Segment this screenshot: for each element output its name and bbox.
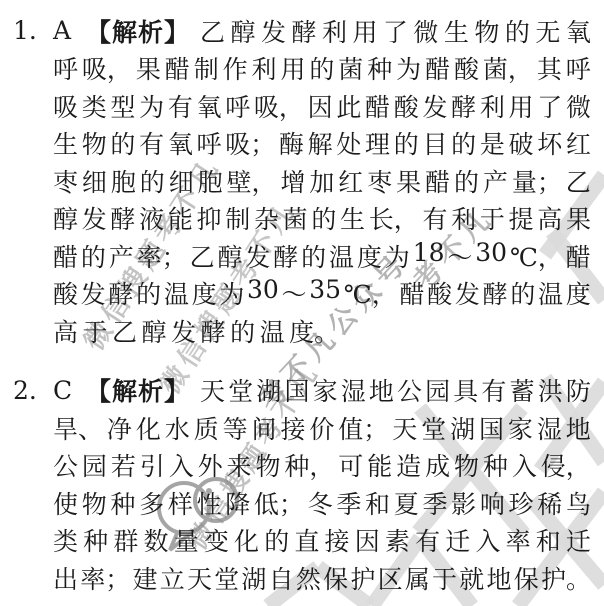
text-token: 呼 [566, 50, 591, 86]
text-token: 酵 [108, 275, 133, 311]
text-token: 化 [234, 522, 259, 558]
text-token: 吸， [82, 50, 132, 86]
text-token: 具 [453, 372, 478, 408]
text-token: 类 [82, 88, 107, 124]
text-token: 加 [309, 163, 334, 199]
text-token: 量； [512, 163, 562, 199]
text-token: 直 [294, 522, 319, 558]
text-token: 发 [455, 275, 480, 311]
text-token: 间 [252, 410, 277, 446]
text-token: 红 [566, 125, 591, 161]
answer-key-content: 1.A【解析】乙醇发酵利用了微生物的无氧呼吸，果醋制作利用的菌种为醋酸菌，其呼吸… [13, 12, 591, 597]
text-token: 的 [230, 313, 255, 349]
text-line: 2.C【解析】天堂湖国家湿地公园具有蓄洪防 [13, 372, 591, 410]
text-token: 胞 [111, 163, 136, 199]
text-token: 其 [537, 50, 562, 86]
text-token: 吸 [53, 88, 78, 124]
text-line: 呼吸，果醋制作利用的菌种为醋酸菌，其呼 [53, 50, 591, 88]
text-token: 低； [254, 485, 304, 521]
text-token: 外 [198, 447, 223, 483]
answer-item-2: 2.C【解析】天堂湖国家湿地公园具有蓄洪防旱、净化水质等间接价值；天堂湖国家湿地… [13, 372, 591, 597]
text-token: 造 [396, 447, 421, 483]
text-token: 种 [483, 447, 508, 483]
text-token: 乙 [190, 238, 215, 274]
text-token: 醇 [217, 238, 242, 274]
line-text: 使物种多样性降低；冬季和夏季影响珍稀鸟 [53, 485, 591, 521]
text-line: 醋的产率；乙醇发酵的温度为18～30℃，醋 [53, 237, 591, 275]
text-token: 为 [139, 88, 164, 124]
document-page: 微信搜题考不凡微信搜题考不凡考不凡公众号考不凡微信搜题考不凡 1.A【解析】乙醇… [0, 0, 604, 606]
text-token: 建 [132, 560, 157, 596]
text-token: 氧 [168, 125, 193, 161]
text-token: 家 [508, 410, 533, 446]
text-token: 出 [53, 560, 78, 596]
text-token: 堂 [421, 410, 446, 446]
text-token: 利 [322, 13, 347, 49]
text-token: 就 [459, 560, 484, 596]
text-token: 生 [340, 200, 365, 236]
line-text: 乙醇发酵利用了微生物的无氧 [200, 13, 591, 49]
text-line: 吸类型为有氧呼吸，因此醋酸发酵利用了微 [53, 87, 591, 125]
text-token: 季 [336, 485, 361, 521]
text-token: 理 [365, 125, 390, 161]
text-line: 1.A【解析】乙醇发酵利用了微生物的无氧 [13, 12, 591, 50]
text-token: 呼 [225, 88, 250, 124]
text-token: 入 [512, 447, 537, 483]
analysis-tag: 【解析】 [86, 13, 190, 49]
text-token: 枣 [53, 163, 78, 199]
text-token: 天 [200, 372, 225, 408]
text-token: 30 [475, 238, 507, 274]
text-token: 国 [479, 410, 504, 446]
text-token: 吸， [254, 88, 304, 124]
text-token: 发 [171, 313, 196, 349]
text-token: 坏 [537, 125, 562, 161]
text-line: 酸发酵的温度为30～35℃，醋酸发酵的温度 [53, 275, 591, 313]
text-token: 长， [369, 200, 419, 236]
text-token: 于 [480, 200, 505, 236]
text-token: 的 [311, 200, 336, 236]
text-token: 的 [136, 275, 161, 311]
text-token: 因 [308, 88, 333, 124]
text-token: 鸟 [566, 485, 591, 521]
text-token: 值； [338, 410, 388, 446]
text-token: 因 [355, 522, 380, 558]
text-token: 园 [425, 372, 450, 408]
text-token: 有 [415, 522, 440, 558]
text-token: 若 [111, 447, 136, 483]
text-token: 目 [422, 125, 447, 161]
text-token: 酵 [110, 200, 135, 236]
text-line: 高于乙醇发酵的温度。 [53, 312, 591, 350]
text-token: 来 [227, 447, 252, 483]
text-token: 接 [325, 522, 350, 558]
text-token: 醋 [165, 50, 190, 86]
text-token: 产 [109, 238, 134, 274]
text-token: 酸 [53, 275, 78, 311]
text-line: 公园若引入外来物种，可能造成物种入侵， [53, 447, 591, 485]
text-token: 微 [566, 88, 591, 124]
line-text: 呼吸，果醋制作利用的菌种为醋酸菌，其呼 [53, 50, 591, 86]
text-token: 成 [425, 447, 450, 483]
text-token: 旱、 [53, 410, 103, 446]
text-token: 能 [367, 447, 392, 483]
analysis-tag: 【解析】 [86, 372, 190, 408]
text-token: 吸； [225, 125, 275, 161]
text-token: 物 [454, 447, 479, 483]
text-token: 的 [301, 238, 326, 274]
text-line: 旱、净化水质等间接价值；天堂湖国家湿地 [53, 409, 591, 447]
text-token: 发 [422, 88, 447, 124]
text-token: 于 [83, 313, 108, 349]
text-token: 护。 [541, 560, 591, 596]
text-token: 护 [350, 560, 375, 596]
line-text: 公园若引入外来物种，可能造成物种入侵， [53, 447, 591, 483]
text-token: 生 [444, 13, 469, 49]
text-token: 降 [225, 485, 250, 521]
text-token: 醋 [425, 163, 450, 199]
item-number: 2. [13, 376, 53, 405]
text-token: 类 [53, 522, 78, 558]
text-token: 性 [197, 485, 222, 521]
text-token: 醇 [231, 13, 256, 49]
line-text: 天堂湖国家湿地公园具有蓄洪防 [200, 372, 591, 408]
text-token: 堂 [228, 372, 253, 408]
text-token: 抑 [197, 200, 222, 236]
text-token: 可 [338, 447, 363, 483]
text-token: 发 [81, 275, 106, 311]
text-token: 湿 [341, 372, 366, 408]
text-token: 种 [367, 50, 392, 86]
line-text: 高于乙醇发酵的温度。 [53, 313, 591, 349]
text-token: 酸 [427, 275, 452, 311]
answer-letter: A [53, 16, 86, 45]
text-token: 堂 [214, 560, 239, 596]
line-text: 类种群数量变化的直接因素有迁入率和迁 [53, 522, 591, 558]
text-token: 醋 [566, 238, 591, 274]
text-token: 蓄 [510, 372, 535, 408]
text-token: 为 [396, 50, 421, 86]
text-token: 地 [369, 372, 394, 408]
text-token: 醋 [365, 88, 390, 124]
text-token: 呼 [197, 125, 222, 161]
text-token: 醋 [399, 275, 424, 311]
text-token: 立 [160, 560, 185, 596]
text-token: 乙 [200, 13, 225, 49]
text-token: 18 [413, 238, 445, 274]
text-token: 酵 [451, 88, 476, 124]
text-token: 湿 [537, 410, 562, 446]
text-token: 的 [451, 125, 476, 161]
text-token: 酶 [279, 125, 304, 161]
text-token: 醇 [53, 200, 78, 236]
text-token: 酸 [394, 88, 419, 124]
text-token: 氧 [197, 88, 222, 124]
text-token: 细 [169, 163, 194, 199]
text-token: 质 [194, 410, 219, 446]
text-token: 防 [566, 372, 591, 408]
text-token: ℃， [510, 238, 563, 274]
text-token: 了 [537, 88, 562, 124]
text-token: 度 [192, 275, 217, 311]
text-token: 化 [136, 410, 161, 446]
text-token: 度。 [289, 313, 339, 349]
text-token: 氧 [566, 13, 591, 49]
text-token: 数 [144, 522, 169, 558]
text-token: 细 [82, 163, 107, 199]
text-token: 的 [505, 13, 530, 49]
text-token: 种， [284, 447, 334, 483]
text-token: 于 [432, 560, 457, 596]
text-token: 醇 [142, 313, 167, 349]
text-token: 素 [385, 522, 410, 558]
text-token: 夏 [394, 485, 419, 521]
text-token: 物 [474, 13, 499, 49]
text-token: 发 [261, 13, 286, 49]
text-line: 使物种多样性降低；冬季和夏季影响珍稀鸟 [53, 484, 591, 522]
text-token: 珍 [509, 485, 534, 521]
text-token: 迁 [445, 522, 470, 558]
text-token: 的 [81, 238, 106, 274]
text-token: 属 [405, 560, 430, 596]
text-token: 度 [566, 275, 591, 311]
text-token: 了 [383, 13, 408, 49]
text-line: 出率；建立天堂湖自然保护区属于就地保护。 [53, 559, 591, 597]
item-number: 1. [13, 16, 53, 45]
text-token: 天 [392, 410, 417, 446]
text-token: 种 [83, 522, 108, 558]
line-text: 酸发酵的温度为30～35℃，醋酸发酵的温度 [53, 275, 591, 311]
text-token: 冬 [308, 485, 333, 521]
text-token: 种 [110, 485, 135, 521]
text-token: 发 [82, 200, 107, 236]
line-text: 枣细胞的细胞壁，增加红枣果醋的产量；乙 [53, 163, 591, 199]
text-token: 保 [323, 560, 348, 596]
text-token: 果 [566, 200, 591, 236]
line-text: 醋的产率；乙醇发酵的温度为18～30℃，醋 [53, 238, 591, 274]
text-token: 呼 [53, 50, 78, 86]
text-token: 园 [82, 447, 107, 483]
text-token: ℃， [344, 275, 397, 311]
text-token: 能 [168, 200, 193, 236]
text-token: 胞 [198, 163, 223, 199]
text-token: 入 [475, 522, 500, 558]
text-token: 使 [53, 485, 78, 521]
text-token: 醋 [53, 238, 78, 274]
text-token: 菌， [483, 50, 533, 86]
text-line: 枣细胞的细胞壁，增加红枣果醋的产量；乙 [53, 162, 591, 200]
line-text: 出率；建立天堂湖自然保护区属于就地保护。 [53, 560, 591, 596]
text-token: 净 [107, 410, 132, 446]
text-token: 响 [480, 485, 505, 521]
text-token: 处 [336, 125, 361, 161]
text-token: 和 [536, 522, 561, 558]
text-token: 湖 [256, 372, 281, 408]
text-token: 高 [53, 313, 78, 349]
text-token: 壁， [227, 163, 277, 199]
text-token: 量 [174, 522, 199, 558]
text-token: 度 [357, 238, 382, 274]
text-token: 侵， [541, 447, 591, 483]
text-token: 湖 [450, 410, 475, 446]
text-token: 为 [385, 238, 410, 274]
text-token: 微 [413, 13, 438, 49]
text-token: 等 [223, 410, 248, 446]
text-token: 30 [247, 275, 279, 311]
text-token: 酸 [454, 50, 479, 86]
text-token: 高 [537, 200, 562, 236]
line-text: 吸类型为有氧呼吸，因此醋酸发酵利用了微 [53, 88, 591, 124]
text-token: 家 [313, 372, 338, 408]
text-token: 物 [255, 447, 280, 483]
text-token: 菌 [283, 200, 308, 236]
text-token: 破 [509, 125, 534, 161]
text-token: 的 [264, 522, 289, 558]
text-token: 醋 [425, 50, 450, 86]
text-token: 地 [566, 410, 591, 446]
text-token: 和 [365, 485, 390, 521]
answer-letter: C [53, 376, 86, 405]
text-token: 群 [113, 522, 138, 558]
text-token: 保 [514, 560, 539, 596]
text-token: 用 [509, 88, 534, 124]
text-line: 醇发酵液能抑制杂菌的生长，有利于提高果 [53, 200, 591, 238]
text-token: 利 [252, 50, 277, 86]
text-token: 引 [140, 447, 165, 483]
text-token: 水 [165, 410, 190, 446]
text-token: 天 [187, 560, 212, 596]
text-token: 果 [396, 163, 421, 199]
text-token: 是 [480, 125, 505, 161]
text-token: 样 [168, 485, 193, 521]
text-token: 制 [225, 200, 250, 236]
text-token: 果 [136, 50, 161, 86]
text-token: 率； [137, 238, 187, 274]
text-token: 地 [487, 560, 512, 596]
text-token: 率； [80, 560, 130, 596]
text-token: 然 [296, 560, 321, 596]
text-token: 无 [535, 13, 560, 49]
answer-item-1: 1.A【解析】乙醇发酵利用了微生物的无氧呼吸，果醋制作利用的菌种为醋酸菌，其呼吸… [13, 12, 591, 350]
text-token: 有 [139, 125, 164, 161]
text-token: 洪 [538, 372, 563, 408]
text-token: 乙 [566, 163, 591, 199]
text-token: 增 [280, 163, 305, 199]
text-token: 率 [506, 522, 531, 558]
text-token: 季 [422, 485, 447, 521]
text-token: 有 [168, 88, 193, 124]
text-token: 价 [309, 410, 334, 446]
text-token: 生 [53, 125, 78, 161]
text-token: 变 [204, 522, 229, 558]
text-token: 为 [219, 275, 244, 311]
text-token: 作 [223, 50, 248, 86]
text-token: 物 [82, 485, 107, 521]
text-token: 制 [194, 50, 219, 86]
text-token: 发 [245, 238, 270, 274]
text-token: 温 [329, 238, 354, 274]
text-token: 物 [82, 125, 107, 161]
text-token: 入 [169, 447, 194, 483]
text-token: 影 [451, 485, 476, 521]
line-text: 醇发酵液能抑制杂菌的生长，有利于提高果 [53, 200, 591, 236]
text-token: 温 [538, 275, 563, 311]
text-token: 自 [269, 560, 294, 596]
text-token: 用 [352, 13, 377, 49]
text-token: 区 [378, 560, 403, 596]
text-token: 有 [481, 372, 506, 408]
text-token: 枣 [367, 163, 392, 199]
text-token: 公 [397, 372, 422, 408]
text-token: 多 [139, 485, 164, 521]
text-token: 利 [451, 200, 476, 236]
text-token: 菌 [338, 50, 363, 86]
text-line: 类种群数量变化的直接因素有迁入率和迁 [53, 522, 591, 560]
text-token: 温 [260, 313, 285, 349]
text-token: 型 [110, 88, 135, 124]
text-token: 酵 [483, 275, 508, 311]
text-token: 接 [280, 410, 305, 446]
text-line: 生物的有氧呼吸；酶解处理的目的是破坏红 [53, 125, 591, 163]
text-token: 提 [509, 200, 534, 236]
text-token: 的 [510, 275, 535, 311]
text-token: 的 [394, 125, 419, 161]
text-token: 解 [308, 125, 333, 161]
text-token: 温 [164, 275, 189, 311]
line-text: 生物的有氧呼吸；酶解处理的目的是破坏红 [53, 125, 591, 161]
text-token: 公 [53, 447, 78, 483]
text-token: 用 [280, 50, 305, 86]
text-token: 稀 [537, 485, 562, 521]
text-token: 杂 [254, 200, 279, 236]
text-token: 的 [140, 163, 165, 199]
text-token: 此 [336, 88, 361, 124]
text-token: 迁 [566, 522, 591, 558]
text-token: 液 [139, 200, 164, 236]
text-token: 酵 [291, 13, 316, 49]
text-token: 35 [309, 275, 341, 311]
text-token: 红 [338, 163, 363, 199]
text-token: 的 [309, 50, 334, 86]
text-token: 酵 [201, 313, 226, 349]
text-token: 有 [422, 200, 447, 236]
text-token: 的 [454, 163, 479, 199]
text-token: 的 [110, 125, 135, 161]
text-token: 产 [483, 163, 508, 199]
line-text: 旱、净化水质等间接价值；天堂湖国家湿地 [53, 410, 591, 446]
text-token: ～ [447, 238, 472, 274]
text-token: 乙 [112, 313, 137, 349]
text-token: 酵 [273, 238, 298, 274]
text-token: ～ [282, 275, 307, 311]
text-token: 利 [480, 88, 505, 124]
text-token: 湖 [241, 560, 266, 596]
text-token: 国 [284, 372, 309, 408]
